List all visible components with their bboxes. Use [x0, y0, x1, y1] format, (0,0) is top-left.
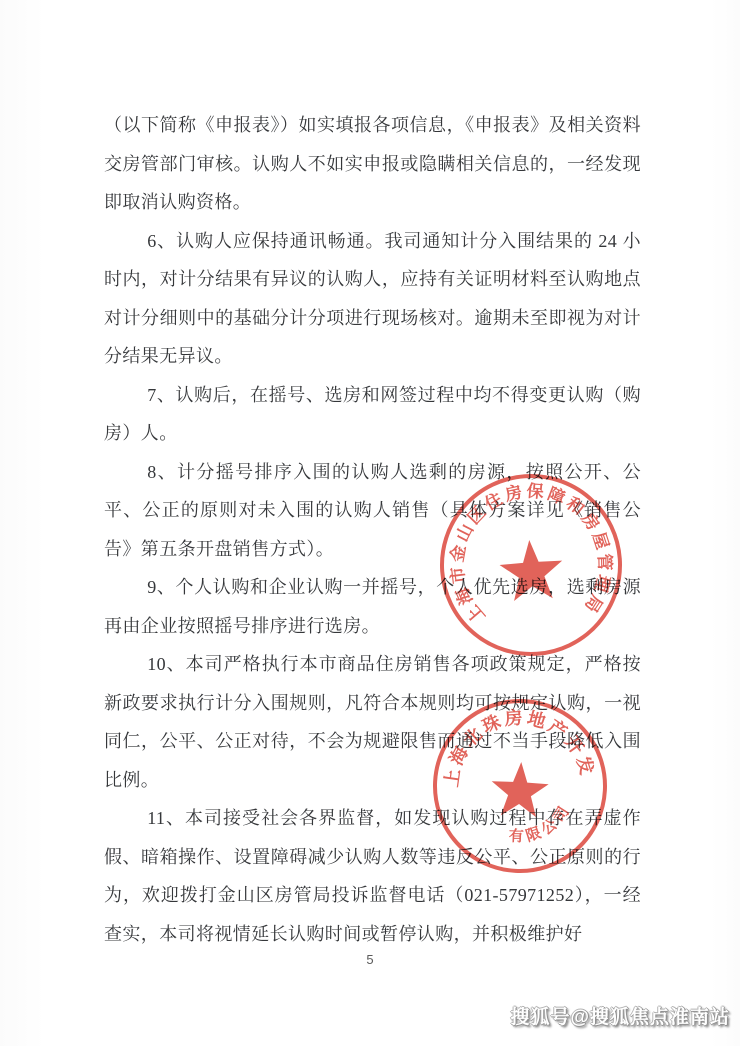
paragraph-continuation: （以下简称《申报表》）如实填报各项信息，《申报表》及相关资料交房管部门审核。认购…	[104, 106, 641, 222]
paragraph-item-7: 7、认购后，在摇号、选房和网签过程中均不得变更认购（购房）人。	[104, 376, 641, 453]
sohu-watermark: 搜狐号@搜狐焦点淮南站	[510, 1002, 730, 1029]
star-icon	[498, 538, 565, 602]
paragraph-item-6: 6、认购人应保持通讯畅通。我司通知计分入围结果的 24 小时内，对计分结果有异议…	[104, 222, 641, 376]
page-number: 5	[0, 952, 740, 967]
company-seal-stamp: 上海北珠房地产开发 有限公司	[425, 691, 614, 880]
star-icon	[490, 761, 550, 818]
scanned-document-page: （以下简称《申报表》）如实填报各项信息，《申报表》及相关资料交房管部门审核。认购…	[0, 0, 740, 1046]
government-seal-stamp: 上海市金山区住房保障和房屋管理局	[430, 464, 633, 667]
